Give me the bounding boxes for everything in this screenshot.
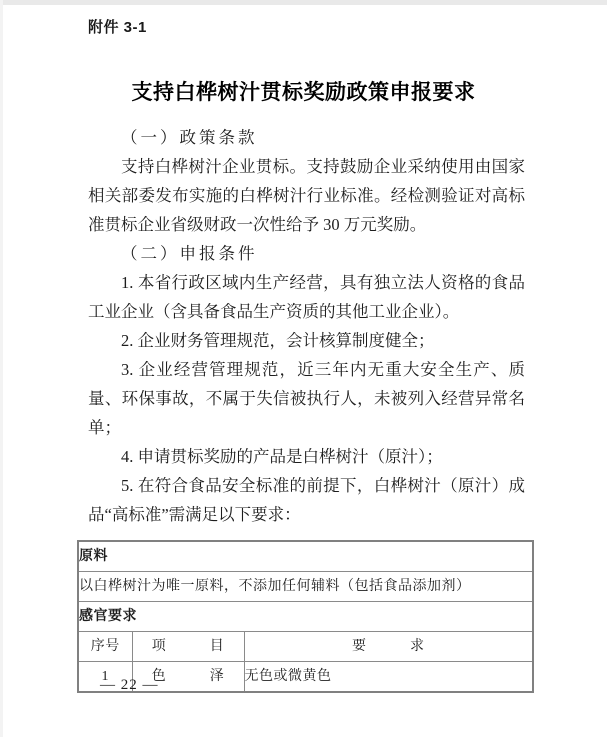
table-row-raw-material-header: 原料 xyxy=(78,541,533,572)
section-1-paragraph: 支持白桦树汁企业贯标。支持鼓励企业采纳使用由国家相关部委发布实施的白桦树汁行业标… xyxy=(88,152,525,239)
page-number: — 22 — xyxy=(100,677,159,694)
column-header-no: 序号 xyxy=(78,632,132,662)
table-row-sensory-header: 感官要求 xyxy=(78,602,533,632)
raw-material-content-cell: 以白桦树汁为唯一原料，不添加任何辅料（包括食品添加剂） xyxy=(78,572,533,602)
scanned-document-page: 附件 3-1 支持白桦树汁贯标奖励政策申报要求 （一）政策条款 支持白桦树汁企业… xyxy=(0,0,607,737)
document-body: （一）政策条款 支持白桦树汁企业贯标。支持鼓励企业采纳使用由国家相关部委发布实施… xyxy=(88,123,525,693)
condition-item-5: 5. 在符合食品安全标准的前提下，白桦树汁（原汁）成品“高标准”需满足以下要求： xyxy=(88,471,525,529)
condition-item-4: 4. 申请贯标奖励的产品是白桦树汁（原汁）； xyxy=(88,442,525,471)
column-header-item: 项 目 xyxy=(132,632,244,662)
table-column-header-row: 序号 项 目 要 求 xyxy=(78,632,533,662)
document-title: 支持白桦树汁贯标奖励政策申报要求 xyxy=(0,76,607,106)
attachment-label: 附件 3-1 xyxy=(88,16,147,37)
sensory-header-cell: 感官要求 xyxy=(78,602,533,632)
scan-edge-top xyxy=(0,0,607,5)
section-2-heading: （二）申报条件 xyxy=(88,239,525,268)
row-1-requirement-cell: 无色或微黄色 xyxy=(244,662,533,693)
condition-item-1: 1. 本省行政区域内生产经营，具有独立法人资格的食品工业企业（含具备食品生产资质… xyxy=(88,268,525,326)
raw-material-header-cell: 原料 xyxy=(78,541,533,572)
column-header-requirement: 要 求 xyxy=(244,632,533,662)
table-row-raw-material-content: 以白桦树汁为唯一原料，不添加任何辅料（包括食品添加剂） xyxy=(78,572,533,602)
section-1-heading: （一）政策条款 xyxy=(88,123,525,152)
scan-edge-left xyxy=(0,0,3,737)
condition-item-2: 2. 企业财务管理规范，会计核算制度健全； xyxy=(88,326,525,355)
requirements-table: 原料 以白桦树汁为唯一原料，不添加任何辅料（包括食品添加剂） 感官要求 序号 项… xyxy=(77,540,534,693)
condition-item-3: 3. 企业经营管理规范，近三年内无重大安全生产、质量、环保事故，不属于失信被执行… xyxy=(88,355,525,442)
